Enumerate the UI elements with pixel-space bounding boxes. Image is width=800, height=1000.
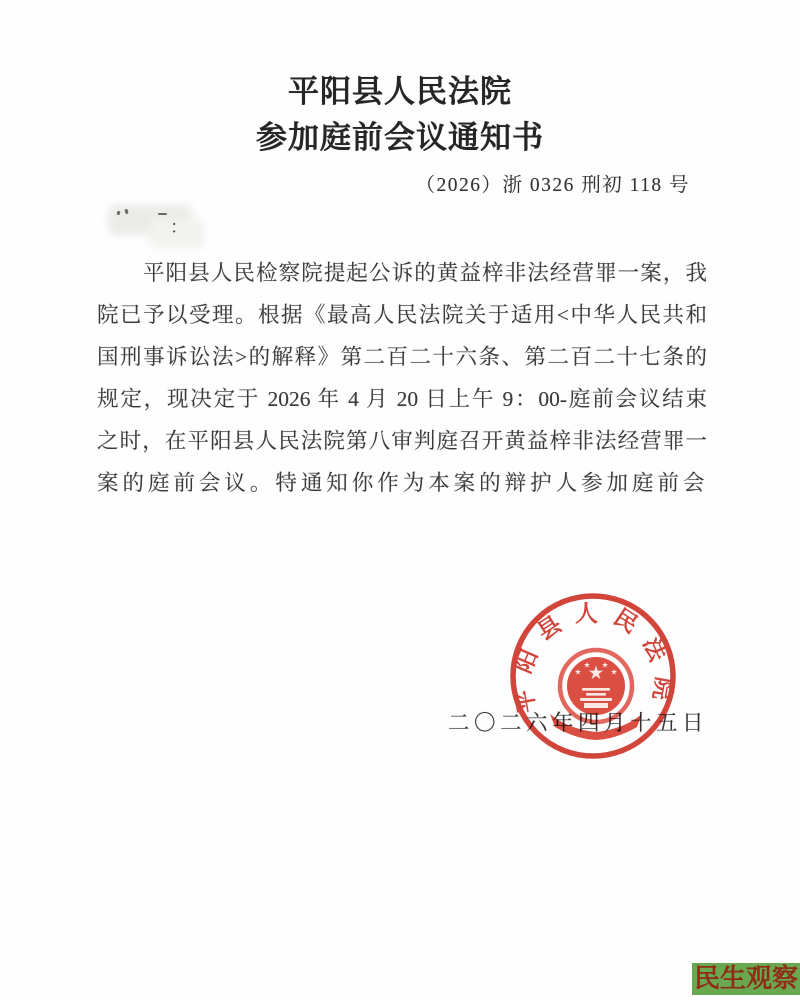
- official-seal: 平阳县人民法院: [505, 590, 681, 770]
- ink-speck: [158, 213, 167, 215]
- body-line: 之时，在平阳县人民法院第八审判庭召开黄益梓非法经营罪一: [97, 420, 707, 462]
- body-line: 国刑事诉讼法>的解释》第二百二十六条、第二百二十七条的: [97, 336, 707, 378]
- body-line: 院已予以受理。根据《最高人民法院关于适用<中华人民共和: [97, 294, 707, 336]
- body-line: 案的庭前会议。特通知你作为本案的辩护人参加庭前会议。: [97, 462, 707, 504]
- notice-title: 参加庭前会议通知书: [0, 117, 800, 159]
- addressee-colon: ：: [170, 213, 188, 239]
- document-page: 平阳县人民法院 参加庭前会议通知书 （2026）浙 0326 刑初 118 号 …: [0, 0, 800, 1000]
- case-number: （2026）浙 0326 刑初 118 号: [415, 169, 690, 197]
- notice-body: 平阳县人民检察院提起公诉的黄益梓非法经营罪一案，我 院已予以受理。根据《最高人民…: [97, 252, 707, 504]
- body-line: 规定，现决定于 2026 年 4 月 20 日上午 9：00-庭前会议结束: [97, 378, 707, 420]
- court-name-heading: 平阳县人民法院: [0, 72, 800, 112]
- body-line: 平阳县人民检察院提起公诉的黄益梓非法经营罪一案，我: [97, 252, 707, 294]
- national-emblem-icon: [550, 650, 642, 740]
- watermark-badge: 民生观察: [692, 963, 800, 995]
